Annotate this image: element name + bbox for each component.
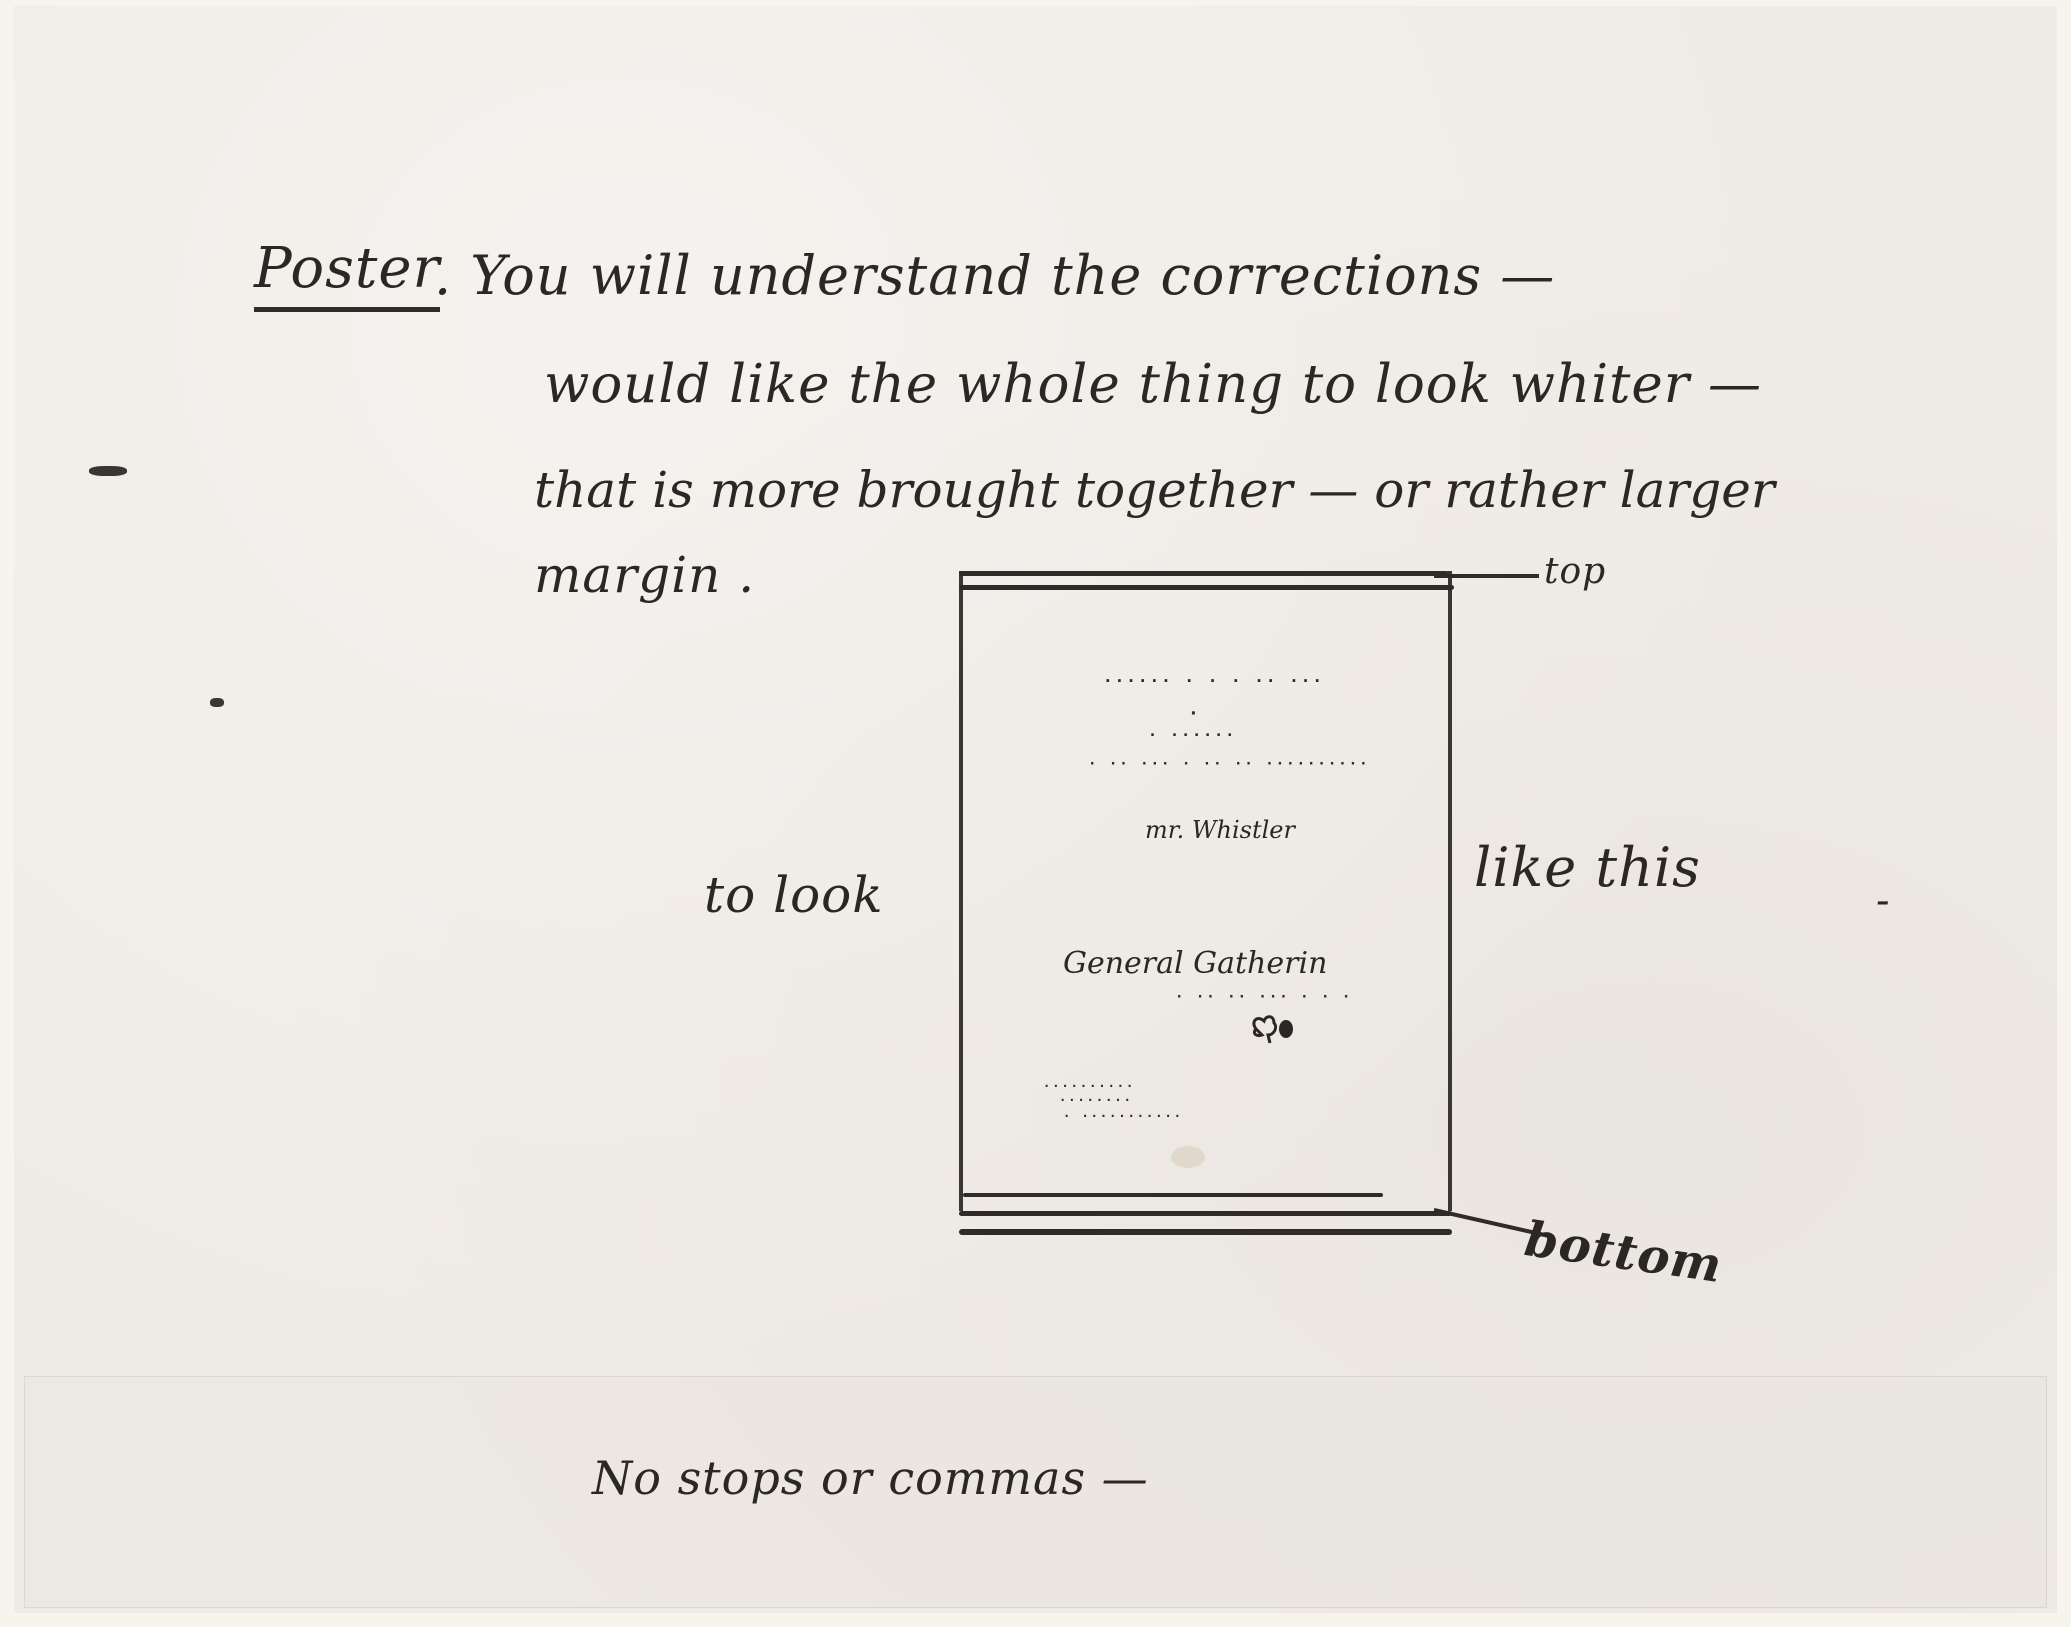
top-leader-line [1434,574,1539,578]
right-dash: - [1876,878,1891,924]
sketch-small-line: ········ [1059,1093,1133,1107]
line-1: . You will understand the corrections — [434,244,1555,307]
paper-stain [1171,1146,1205,1168]
sketch-title: General Gatherin [1063,946,1327,981]
label-top: top [1544,551,1606,592]
sketch-dot: · [1188,703,1201,724]
line-4: margin . [534,546,755,604]
margin-mark [210,698,224,707]
poster-sketch: ······ · · · ·· ··· · · ······ · ·· ··· … [959,571,1452,1211]
sketch-top-rule [959,585,1454,590]
sketch-bottom-rule [963,1193,1383,1197]
sketch-dotted-line: · ·· ··· · ·· ·· ·········· [1088,756,1370,772]
sketch-dotted-line: ······ · · · ·· ··· [1103,671,1324,690]
label-like-this: like this [1474,836,1701,899]
label-to-look: to look [704,866,884,924]
sketch-dotted-line: · ······ [1148,726,1236,744]
sketch-name: mr. Whistler [1145,816,1295,844]
line-2: would like the whole thing to look white… [544,354,1762,415]
sketch-dotted-line: · ·· ·· ··· · · · [1175,989,1352,1005]
sketch-small-line: ·········· [1043,1079,1135,1093]
label-bottom: bottom [1521,1211,1726,1294]
sketch-small-line: · ··········· [1063,1109,1183,1123]
butterfly-emblem-icon [1248,1011,1298,1051]
sketch-bottom-rule [959,1211,1452,1216]
sketch-bottom-rule [959,1229,1452,1235]
footer-note: No stops or commas — [592,1451,1149,1505]
heading-poster: Poster [254,236,440,312]
margin-mark [89,466,127,476]
line-3: that is more brought together — or rathe… [534,461,1775,519]
sketch-top-rule [959,571,1449,576]
photograph: Poster . You will understand the correct… [14,6,2057,1613]
